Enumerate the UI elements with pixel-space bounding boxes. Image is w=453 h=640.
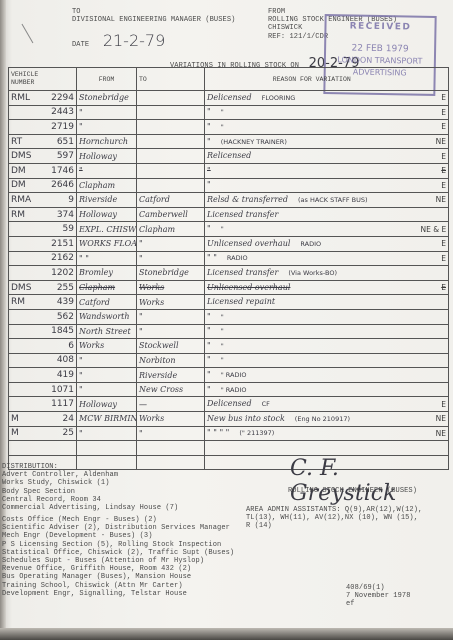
to-garage: Camberwell (137, 207, 205, 222)
from-garage: " (77, 368, 137, 383)
reason-text: " (207, 224, 211, 233)
vehicle-number: 2719 (9, 120, 77, 135)
category-code: E (419, 280, 449, 295)
vehicle-class: M (11, 414, 19, 424)
to-garage (137, 91, 205, 106)
to-garage: " (137, 251, 205, 266)
category-code: E (419, 105, 449, 120)
reason-note: RADIO (300, 240, 321, 248)
reason-note: " (221, 356, 224, 364)
table-row: 6WorksStockwell"" (9, 339, 449, 354)
vehicle-fleet-number: 24 (63, 414, 74, 424)
to-garage (137, 149, 205, 164)
reason-note: CF (262, 400, 270, 408)
vehicle-number: 1071 (9, 382, 77, 397)
table-row: RT651Hornchurch"(HACKNEY TRAINER)NE (9, 134, 449, 149)
vehicle-fleet-number: 2151 (51, 239, 74, 249)
reason-for-variation: New bus into stock(Eng No 210917) (205, 412, 419, 427)
distribution-item: Schedules Supt - Buses (Attention of Mr … (2, 557, 234, 565)
reason-note: " RADIO (221, 371, 247, 379)
table-header-row: VEHICLE NUMBER FROM TO REASON FOR VARIAT… (9, 68, 449, 91)
vehicle-number: RMA9 (9, 193, 77, 208)
stamp-date: 22 FEB 1979 (326, 43, 434, 55)
category-code: E (419, 163, 449, 178)
date-label: DATE (72, 41, 89, 49)
from-garage: North Street (77, 324, 137, 339)
from-garage: " (77, 426, 137, 441)
to-garage: Works (137, 295, 205, 310)
distribution-item: Bus Operating Manager (Buses), Mansion H… (2, 573, 234, 581)
reason-note: RADIO (227, 254, 248, 262)
table-row: 2719"""E (9, 120, 449, 135)
category-code (419, 382, 449, 397)
vehicle-fleet-number: 1845 (51, 326, 74, 336)
vehicle-number: 408 (9, 353, 77, 368)
to-garage: New Cross (137, 382, 205, 397)
category-code: NE (419, 193, 449, 208)
category-code (419, 339, 449, 354)
signature-title: ROLLING STOCK ENGINEER (BUSES) (288, 487, 417, 495)
vehicle-number: DM2646 (9, 178, 77, 193)
distribution-item: Costs Office (Mech Engr - Buses) (2) (2, 516, 234, 524)
to-garage: " (137, 426, 205, 441)
distribution-item: Development Engr, Signalling, Telstar Ho… (2, 590, 234, 598)
category-code: E (419, 251, 449, 266)
area-admin-line: TL(13), WH(11), AV(12),NX (10), WN (15), (246, 514, 422, 522)
vehicle-number: DM1746 (9, 163, 77, 178)
vehicle-number: 1845 (9, 324, 77, 339)
to-garage (137, 120, 205, 135)
vehicle-fleet-number: 1117 (51, 399, 74, 409)
reason-text: Delicensed (207, 399, 252, 408)
vehicle-fleet-number: 562 (57, 312, 74, 322)
stamp-received: RECEIVED (326, 21, 434, 33)
reason-note: " (221, 342, 224, 350)
reason-for-variation: Unlicensed overhaulRADIO (205, 236, 419, 251)
from-garage: " (77, 353, 137, 368)
from-garage: Clapham (77, 178, 137, 193)
vehicle-number: RM439 (9, 295, 77, 310)
distribution-item: Works Study, Chiswick (1) (2, 479, 178, 487)
reason-text: " (207, 370, 211, 379)
reason-note: (Via Works-BO) (288, 269, 337, 277)
vehicle-number: 562 (9, 309, 77, 324)
category-code (419, 309, 449, 324)
table-row: DM2646Clapham"E (9, 178, 449, 193)
from-garage: Holloway (77, 207, 137, 222)
reason-note: " (221, 313, 224, 321)
category-code: E (419, 91, 449, 106)
vehicle-fleet-number: 6 (68, 341, 74, 351)
reason-for-variation: Licensed repaint (205, 295, 419, 310)
vehicle-number: M25 (9, 426, 77, 441)
table-row: 1117Holloway—DelicensedCFE (9, 397, 449, 412)
to-garage: Clapham (137, 222, 205, 237)
signature-name: C. F. Greystick (290, 456, 396, 506)
vehicle-fleet-number: 2443 (51, 107, 74, 117)
category-code (419, 207, 449, 222)
reason-note: " (221, 225, 224, 233)
table-row: RML2294StonebridgeDelicensedFLOORINGE (9, 91, 449, 106)
area-admin-assistants: AREA ADMIN ASSISTANTS: Q(9),AR(12),W(12)… (246, 506, 422, 531)
table-row: 1071"New Cross"" RADIO (9, 382, 449, 397)
to-garage: Works (137, 412, 205, 427)
reason-text: Licensed repaint (207, 297, 275, 306)
reason-note: " (221, 123, 224, 131)
from-garage: Holloway (77, 149, 137, 164)
from-garage: " (77, 163, 137, 178)
to-garage: Norbiton (137, 353, 205, 368)
reason-for-variation: "" (205, 353, 419, 368)
to-garage: Stockwell (137, 339, 205, 354)
reason-note: (HACKNEY TRAINER) (221, 138, 287, 146)
col-to: TO (137, 68, 205, 91)
vehicle-fleet-number: 2162 (51, 253, 74, 263)
vehicle-number: 2151 (9, 236, 77, 251)
distribution-heading: DISTRIBUTION: (2, 463, 178, 471)
reason-text: Relicensed (207, 151, 251, 160)
reason-text: " (207, 326, 211, 335)
col-code (419, 68, 449, 91)
reason-text: " (207, 166, 211, 175)
table-row: 1202BromleyStonebridgeLicensed transfer(… (9, 266, 449, 281)
reason-text: " " (207, 253, 217, 262)
from-garage: WORKS FLOAT (77, 236, 137, 251)
reason-for-variation: "" RADIO (205, 368, 419, 383)
reason-for-variation: " (205, 163, 419, 178)
reason-note: FLOORING (262, 94, 296, 102)
distribution-list: DISTRIBUTION: Advert Controller, Aldenha… (2, 463, 178, 512)
reason-for-variation: "" RADIO (205, 382, 419, 397)
area-admin-line: AREA ADMIN ASSISTANTS: Q(9),AR(12),W(12)… (246, 506, 422, 514)
table-row: M25""" " " "(" 211397)NE (9, 426, 449, 441)
vehicle-fleet-number: 59 (63, 224, 74, 234)
reason-text: " (207, 341, 211, 350)
category-code: NE (419, 134, 449, 149)
vehicle-fleet-number: 2719 (51, 122, 74, 132)
from-garage (77, 441, 137, 456)
reason-text: Relsd & transferred (207, 195, 288, 204)
variations-table: VEHICLE NUMBER FROM TO REASON FOR VARIAT… (8, 67, 449, 470)
reason-note: " RADIO (221, 386, 247, 394)
to-garage: " (137, 309, 205, 324)
vehicle-class: DMS (11, 283, 31, 293)
vehicle-number: RML2294 (9, 91, 77, 106)
vehicle-class: RM (11, 297, 25, 307)
distribution-item: Commercial Advertising, Lindsay House (7… (2, 504, 178, 512)
reason-for-variation: DelicensedCF (205, 397, 419, 412)
reason-for-variation: "(HACKNEY TRAINER) (205, 134, 419, 149)
reason-text: Unlicensed overhaul (207, 239, 290, 248)
vehicle-class: DMS (11, 151, 31, 161)
from-garage: Hornchurch (77, 134, 137, 149)
reason-text: New bus into stock (207, 414, 285, 423)
table-row (9, 441, 449, 456)
category-code: E (419, 149, 449, 164)
vehicle-class: M (11, 428, 19, 438)
vehicle-fleet-number: 255 (57, 283, 74, 293)
reason-note: " (221, 108, 224, 116)
distribution-item: Revenue Office, Griffith House, Room 432… (2, 565, 234, 573)
reason-text: Licensed transfer (207, 268, 278, 277)
distribution-item: Scientific Adviser (2), Distribution Ser… (2, 524, 234, 532)
from-garage: " (77, 382, 137, 397)
to-garage (137, 178, 205, 193)
reason-for-variation: "" (205, 309, 419, 324)
reason-for-variation: "" (205, 222, 419, 237)
typist-initials: ef (346, 600, 411, 608)
reason-note: (as HACK STAFF BUS) (298, 196, 368, 204)
reason-text: Unlicensed overhaul (207, 283, 290, 292)
category-code: E (419, 397, 449, 412)
vehicle-class: RM (11, 210, 25, 220)
from-garage: Wandsworth (77, 309, 137, 324)
from-garage: MCW BIRMINGHAM (77, 412, 137, 427)
from-garage: Works (77, 339, 137, 354)
reason-for-variation (205, 441, 419, 456)
reason-note: " (221, 327, 224, 335)
reference-number: 408/69(1) (346, 584, 411, 592)
table-row: 562Wandsworth""" (9, 309, 449, 324)
to-block: TO DIVISIONAL ENGINEERING MANAGER (BUSES… (72, 8, 235, 24)
reason-note: (Eng No 210917) (295, 415, 350, 423)
from-garage: " (77, 120, 137, 135)
table-row: RM439CatfordWorksLicensed repaint (9, 295, 449, 310)
category-code (419, 441, 449, 456)
to-garage: Riverside (137, 368, 205, 383)
reason-text: " (207, 355, 211, 364)
col-from: FROM (77, 68, 137, 91)
vehicle-fleet-number: 597 (57, 151, 74, 161)
distribution-item: Body Spec Section (2, 488, 178, 496)
table-row: 2151WORKS FLOAT"Unlicensed overhaulRADIO… (9, 236, 449, 251)
category-code (419, 266, 449, 281)
category-code (419, 368, 449, 383)
reason-for-variation: Licensed transfer(Via Works-BO) (205, 266, 419, 281)
distribution-list-continued: Costs Office (Mech Engr - Buses) (2) Sci… (2, 516, 234, 598)
reason-for-variation: Relicensed (205, 149, 419, 164)
signature: C. F. Greystick (290, 456, 450, 486)
col-reason: REASON FOR VARIATION (205, 68, 419, 91)
from-garage: " (77, 105, 137, 120)
vehicle-fleet-number: 2646 (51, 180, 74, 190)
vehicle-number: 1202 (9, 266, 77, 281)
vehicle-number (9, 441, 77, 456)
table-row: 408"Norbiton"" (9, 353, 449, 368)
to-garage: Stonebridge (137, 266, 205, 281)
table-row: DMS597HollowayRelicensedE (9, 149, 449, 164)
vehicle-number: 419 (9, 368, 77, 383)
vehicle-fleet-number: 1202 (51, 268, 74, 278)
reason-text: " (207, 312, 211, 321)
category-code: E (419, 120, 449, 135)
to-garage (137, 134, 205, 149)
vehicle-number: RM374 (9, 207, 77, 222)
to-garage: Catford (137, 193, 205, 208)
table-row: RM374HollowayCamberwellLicensed transfer (9, 207, 449, 222)
vehicle-fleet-number: 374 (57, 210, 74, 220)
reference-date: 7 November 1978 (346, 592, 411, 600)
col-vehicle-number: VEHICLE NUMBER (9, 68, 77, 91)
reason-text: " (207, 122, 211, 131)
reason-for-variation: DelicensedFLOORING (205, 91, 419, 106)
reason-for-variation: "" (205, 339, 419, 354)
vehicle-fleet-number: 9 (68, 195, 74, 205)
table-row: DM1746""E (9, 163, 449, 178)
category-code: NE (419, 412, 449, 427)
vehicle-fleet-number: 419 (57, 370, 74, 380)
vehicle-number: 59 (9, 222, 77, 237)
to-label: TO (72, 8, 235, 16)
from-garage: EXPL. CHISWICK (77, 222, 137, 237)
to-garage: Works (137, 280, 205, 295)
vehicle-fleet-number: 1746 (51, 166, 74, 176)
to-garage (137, 441, 205, 456)
table-row: 419"Riverside"" RADIO (9, 368, 449, 383)
to-garage: " (137, 324, 205, 339)
vehicle-class: DM (11, 166, 26, 176)
reason-for-variation: Licensed transfer (205, 207, 419, 222)
vehicle-class: DM (11, 180, 26, 190)
category-code (419, 295, 449, 310)
reason-for-variation: " " " "(" 211397) (205, 426, 419, 441)
to-garage: — (137, 397, 205, 412)
reason-for-variation: " (205, 178, 419, 193)
table-row: 2162" """ "RADIOE (9, 251, 449, 266)
stamp-org: LONDON TRANSPORT (326, 55, 434, 66)
vehicle-number: 2443 (9, 105, 77, 120)
reason-for-variation: " "RADIO (205, 251, 419, 266)
reason-text: " " " " (207, 428, 229, 437)
reason-text: " (207, 180, 211, 189)
vehicle-fleet-number: 1071 (51, 385, 74, 395)
distribution-item: P S Licensing Section (5), Rolling Stock… (2, 541, 234, 549)
table-row: DMS255ClaphamWorksUnlicensed overhaulE (9, 280, 449, 295)
reason-note: (" 211397) (239, 429, 274, 437)
to-value: DIVISIONAL ENGINEERING MANAGER (BUSES) (72, 16, 235, 24)
reason-for-variation: "" (205, 120, 419, 135)
category-code: NE (419, 426, 449, 441)
from-garage: Catford (77, 295, 137, 310)
reason-for-variation: Unlicensed overhaul (205, 280, 419, 295)
vehicle-class: RT (11, 137, 22, 147)
vehicle-fleet-number: 651 (57, 137, 74, 147)
vehicle-fleet-number: 25 (63, 428, 74, 438)
reason-for-variation: "" (205, 324, 419, 339)
vehicle-class: RMA (11, 195, 31, 205)
vehicle-class: RML (11, 93, 30, 103)
distribution-item: Mech Engr (Development - Buses) (3) (2, 532, 234, 540)
reason-text: Licensed transfer (207, 210, 278, 219)
vehicle-number: 1117 (9, 397, 77, 412)
table-row: 59EXPL. CHISWICKClapham""NE & E (9, 222, 449, 237)
to-garage (137, 163, 205, 178)
reference-block: 408/69(1) 7 November 1978 ef (346, 584, 411, 609)
distribution-item: Advert Controller, Aldenham (2, 471, 178, 479)
from-garage: Bromley (77, 266, 137, 281)
reason-text: " (207, 137, 211, 146)
to-garage: " (137, 236, 205, 251)
vehicle-number: M24 (9, 412, 77, 427)
vehicle-number: 2162 (9, 251, 77, 266)
from-garage: Riverside (77, 193, 137, 208)
area-admin-line: R (14) (246, 522, 422, 530)
distribution-item: Central Record, Room 34 (2, 496, 178, 504)
reason-text: Delicensed (207, 93, 252, 102)
distribution-item: Statistical Office, Chiswick (2), Traffi… (2, 549, 234, 557)
vehicle-number: DMS597 (9, 149, 77, 164)
table-row: M24MCW BIRMINGHAMWorksNew bus into stock… (9, 412, 449, 427)
from-garage: Stonebridge (77, 91, 137, 106)
vehicle-number: RT651 (9, 134, 77, 149)
category-code (419, 324, 449, 339)
distribution-item: Training School, Chiswick (Attn Mr Carte… (2, 582, 234, 590)
table-row: RMA9RiversideCatfordRelsd & transferred(… (9, 193, 449, 208)
vehicle-number: DMS255 (9, 280, 77, 295)
to-garage (137, 105, 205, 120)
vehicle-fleet-number: 408 (57, 355, 74, 365)
vehicle-fleet-number: 2294 (51, 93, 74, 103)
from-garage: Clapham (77, 280, 137, 295)
reason-text: " (207, 385, 211, 394)
category-code: NE & E (419, 222, 449, 237)
date-row: DATE 21-2-79 (72, 31, 165, 51)
vehicle-fleet-number: 439 (57, 297, 74, 307)
category-code: E (419, 178, 449, 193)
table-row: 1845North Street""" (9, 324, 449, 339)
table-row: 2443"""E (9, 105, 449, 120)
category-code (419, 353, 449, 368)
reason-for-variation: Relsd & transferred(as HACK STAFF BUS) (205, 193, 419, 208)
reason-for-variation: "" (205, 105, 419, 120)
date-value: 21-2-79 (103, 31, 165, 50)
vehicle-number: 6 (9, 339, 77, 354)
from-garage: Holloway (77, 397, 137, 412)
scan-edge-shadow (0, 628, 453, 640)
from-garage: " " (77, 251, 137, 266)
category-code: E (419, 236, 449, 251)
reason-text: " (207, 107, 211, 116)
